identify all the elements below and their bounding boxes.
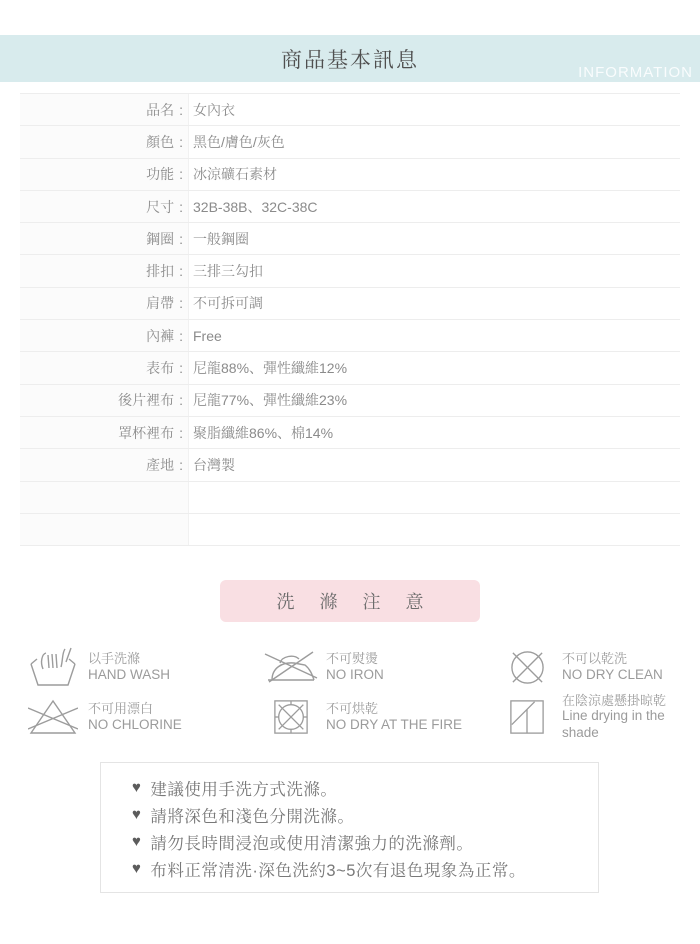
spec-value: 冰涼礦石素材: [189, 159, 680, 190]
care-label-en: HAND WASH: [88, 667, 170, 683]
spec-label: 內褲: [146, 326, 174, 346]
table-row: 鋼圈 : 一般鋼圈: [20, 223, 680, 255]
wash-notice-title: 洗 滌 注 意: [266, 588, 433, 614]
spec-label: 罩杯裡布: [118, 423, 174, 443]
hand-wash-icon: [26, 647, 80, 687]
spec-label: 尺寸: [146, 197, 174, 217]
care-item-no-tumble-dry: 不可烘乾 NO DRY AT THE FIRE: [264, 694, 500, 740]
spec-label-cell: 表布 :: [20, 352, 189, 383]
table-row-empty: [20, 482, 680, 514]
spec-value: 女內衣: [189, 94, 680, 125]
care-item-line-dry-shade: 在陰涼處懸掛晾乾 Line drying in the shade: [500, 694, 676, 740]
spec-value: 台灣製: [189, 449, 680, 480]
heart-bullet-icon: ♥: [132, 806, 141, 823]
spec-label: 品名: [146, 100, 174, 120]
care-label-zh: 不可用漂白: [88, 701, 182, 717]
spec-value: 一般鋼圈: [189, 223, 680, 254]
care-label-zh: 以手洗滌: [88, 651, 170, 667]
line-dry-shade-icon: [500, 699, 554, 735]
care-label-en: NO DRY CLEAN: [562, 667, 663, 683]
spec-value: 尼龍77%、彈性纖維23%: [189, 385, 680, 416]
spec-value: Free: [189, 320, 680, 351]
spec-colon: :: [179, 457, 183, 473]
care-label-en: NO DRY AT THE FIRE: [326, 717, 462, 733]
spec-value: 黑色/膚色/灰色: [189, 126, 680, 157]
care-item-no-iron: 不可熨燙 NO IRON: [264, 644, 500, 690]
table-row: 顏色 : 黑色/膚色/灰色: [20, 126, 680, 158]
care-label-en: NO CHLORINE: [88, 717, 182, 733]
spec-value: 尼龍88%、彈性纖維12%: [189, 352, 680, 383]
heart-bullet-icon: ♥: [132, 860, 141, 877]
information-watermark: INFORMATION: [578, 64, 693, 81]
spec-label: 鋼圈: [146, 229, 174, 249]
spec-value: 不可拆可調: [189, 288, 680, 319]
care-label-zh: 不可烘乾: [326, 701, 462, 717]
spec-colon: :: [179, 263, 183, 279]
table-row: 罩杯裡布 : 聚脂纖維86%、棉14%: [20, 417, 680, 449]
spec-label-cell: 鋼圈 :: [20, 223, 189, 254]
table-row: 表布 : 尼龍88%、彈性纖維12%: [20, 352, 680, 384]
care-symbols: 以手洗滌 HAND WASH 不可熨燙 NO IRON: [26, 644, 676, 740]
spec-label-cell: 品名 :: [20, 94, 189, 125]
product-info-page: 商品基本訊息 INFORMATION 品名 : 女內衣 顏色 : 黑色/膚色/灰…: [0, 0, 700, 944]
table-row: 品名 : 女內衣: [20, 94, 680, 126]
care-labels: 不可烘乾 NO DRY AT THE FIRE: [326, 701, 462, 733]
care-labels: 不可用漂白 NO CHLORINE: [88, 701, 182, 733]
care-labels: 在陰涼處懸掛晾乾 Line drying in the shade: [562, 693, 676, 742]
wash-notice-banner: 洗 滌 注 意: [220, 580, 480, 622]
spec-label: 產地: [146, 455, 174, 475]
heart-bullet-icon: ♥: [132, 833, 141, 850]
note-item: ♥ 布料正常清洗·深色洗約3~5次有退色現象為正常。: [132, 855, 598, 882]
care-label-en: NO IRON: [326, 667, 384, 683]
spec-colon: :: [179, 295, 183, 311]
care-label-zh: 在陰涼處懸掛晾乾: [562, 693, 676, 709]
care-labels: 不可以乾洗 NO DRY CLEAN: [562, 651, 663, 683]
spec-label-cell: [20, 514, 189, 545]
spec-label-cell: 內褲 :: [20, 320, 189, 351]
spec-label-cell: 尺寸 :: [20, 191, 189, 222]
table-row: 功能 : 冰涼礦石素材: [20, 159, 680, 191]
spec-label-cell: 功能 :: [20, 159, 189, 190]
spec-label: 功能: [146, 164, 174, 184]
care-item-no-chlorine: 不可用漂白 NO CHLORINE: [26, 694, 264, 740]
note-item: ♥ 請將深色和淺色分開洗滌。: [132, 801, 598, 828]
spec-label: 肩帶: [146, 293, 174, 313]
heart-bullet-icon: ♥: [132, 779, 141, 796]
spec-label: 後片裡布: [118, 390, 174, 410]
spec-colon: :: [179, 425, 183, 441]
spec-label-cell: [20, 482, 189, 513]
care-notes-box: ♥ 建議使用手洗方式洗滌。 ♥ 請將深色和淺色分開洗滌。 ♥ 請勿長時間浸泡或使…: [100, 762, 599, 893]
note-text: 請勿長時間浸泡或使用清潔強力的洗滌劑。: [150, 830, 473, 854]
spec-colon: :: [179, 102, 183, 118]
spec-value: 三排三勾扣: [189, 255, 680, 286]
spec-colon: :: [179, 360, 183, 376]
care-labels: 以手洗滌 HAND WASH: [88, 651, 170, 683]
spec-label: 表布: [146, 358, 174, 378]
note-text: 請將深色和淺色分開洗滌。: [150, 803, 354, 827]
note-text: 布料正常清洗·深色洗約3~5次有退色現象為正常。: [150, 857, 525, 881]
spec-label-cell: 後片裡布 :: [20, 385, 189, 416]
spec-label-cell: 顏色 :: [20, 126, 189, 157]
spec-value: [189, 482, 680, 513]
spec-colon: :: [179, 392, 183, 408]
table-row: 肩帶 : 不可拆可調: [20, 288, 680, 320]
spec-table: 品名 : 女內衣 顏色 : 黑色/膚色/灰色 功能 : 冰涼礦石素材 尺寸 : …: [20, 93, 680, 546]
spec-value: [189, 514, 680, 545]
table-row: 後片裡布 : 尼龍77%、彈性纖維23%: [20, 385, 680, 417]
spec-value: 聚脂纖維86%、棉14%: [189, 417, 680, 448]
header-bar: 商品基本訊息 INFORMATION: [0, 35, 700, 82]
spec-colon: :: [179, 134, 183, 150]
care-label-zh: 不可熨燙: [326, 651, 384, 667]
no-chlorine-icon: [26, 698, 80, 736]
spec-colon: :: [179, 328, 183, 344]
care-item-no-dry-clean: 不可以乾洗 NO DRY CLEAN: [500, 644, 676, 690]
note-text: 建議使用手洗方式洗滌。: [150, 776, 337, 800]
note-item: ♥ 請勿長時間浸泡或使用清潔強力的洗滌劑。: [132, 828, 598, 855]
table-row: 產地 : 台灣製: [20, 449, 680, 481]
care-item-hand-wash: 以手洗滌 HAND WASH: [26, 644, 264, 690]
spec-label: 顏色: [146, 132, 174, 152]
note-item: ♥ 建議使用手洗方式洗滌。: [132, 774, 598, 801]
table-row: 尺寸 : 32B-38B、32C-38C: [20, 191, 680, 223]
no-dry-clean-icon: [500, 649, 554, 686]
care-labels: 不可熨燙 NO IRON: [326, 651, 384, 683]
spec-label-cell: 罩杯裡布 :: [20, 417, 189, 448]
spec-label: 排扣: [146, 261, 174, 281]
no-tumble-dry-icon: [264, 699, 318, 735]
table-row: 內褲 : Free: [20, 320, 680, 352]
spec-label-cell: 肩帶 :: [20, 288, 189, 319]
no-iron-icon: [264, 651, 318, 683]
table-row: 排扣 : 三排三勾扣: [20, 255, 680, 287]
spec-colon: :: [179, 231, 183, 247]
care-label-zh: 不可以乾洗: [562, 651, 663, 667]
spec-label-cell: 產地 :: [20, 449, 189, 480]
spec-colon: :: [179, 166, 183, 182]
spec-value: 32B-38B、32C-38C: [189, 191, 680, 222]
spec-label-cell: 排扣 :: [20, 255, 189, 286]
care-label-en: Line drying in the shade: [562, 708, 676, 741]
spec-colon: :: [179, 199, 183, 215]
table-row-empty: [20, 514, 680, 546]
